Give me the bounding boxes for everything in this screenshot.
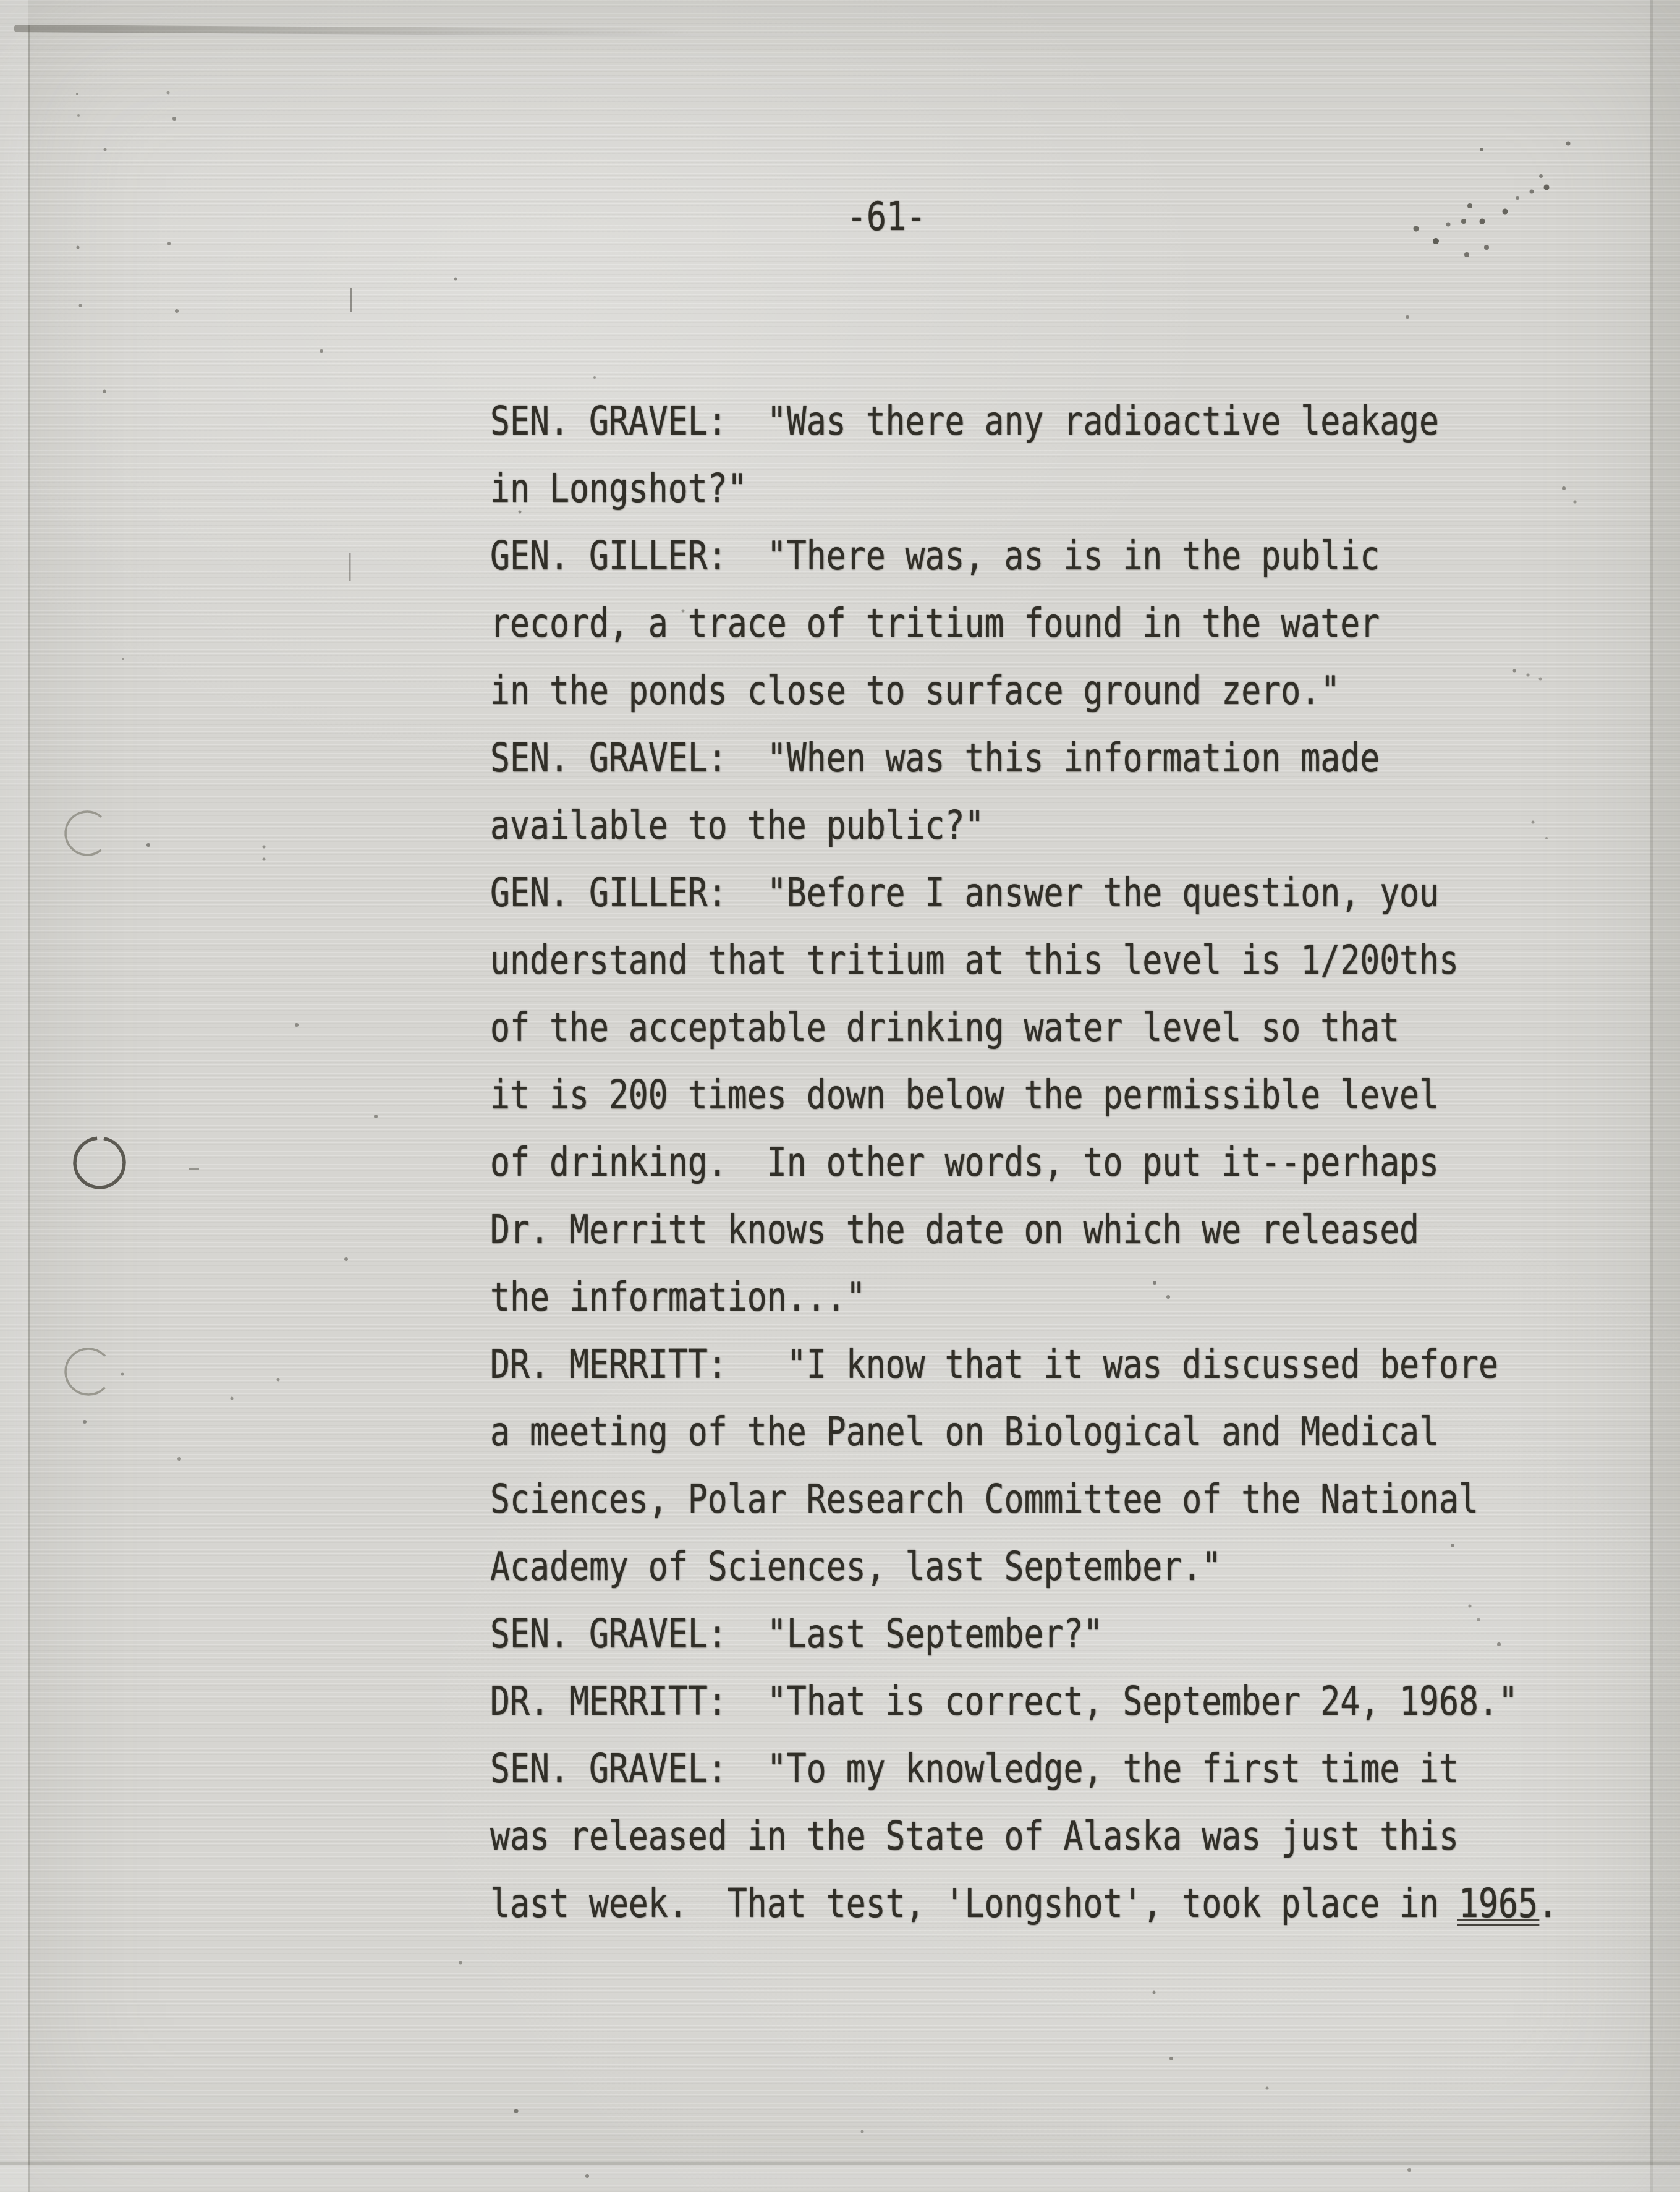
hole-mark-circle-2 bbox=[71, 1134, 129, 1192]
transcript-line-6: SEN. GRAVEL: "When was this information … bbox=[490, 739, 1562, 778]
paper-right-edge-band bbox=[1653, 0, 1680, 2192]
paper-left-crease-line bbox=[28, 25, 30, 2192]
transcript-line-21: SEN. GRAVEL: "To my knowledge, the first… bbox=[490, 1749, 1657, 1789]
transcript-line-8: GEN. GILLER: "Before I answer the questi… bbox=[490, 873, 1634, 913]
transcript-line-23: last week. That test, 'Longshot', took p… bbox=[490, 1884, 1680, 1924]
transcript-line-5: in the ponds close to surface ground zer… bbox=[490, 671, 1514, 711]
page-number: -61- bbox=[847, 197, 942, 237]
transcript-line-20: DR. MERRITT: "That is correct, September… bbox=[490, 1682, 1680, 1722]
paper-left-margin-band bbox=[0, 0, 28, 2192]
transcript-line-18: Academy of Sciences, last September." bbox=[490, 1547, 1372, 1587]
scan-shadow-streak bbox=[14, 25, 731, 36]
final-line-suffix: . bbox=[1538, 1881, 1558, 1927]
transcript-line-16: a meeting of the Panel on Biological and… bbox=[490, 1412, 1634, 1452]
paper-bottom-edge-band bbox=[0, 2165, 1680, 2192]
hole-mark-circle-1 bbox=[57, 803, 118, 864]
final-line-prefix: last week. That test, 'Longshot', took p… bbox=[490, 1881, 1459, 1927]
transcript-line-19: SEN. GRAVEL: "Last September?" bbox=[490, 1615, 1228, 1654]
transcript-line-1: SEN. GRAVEL: "Was there any radioactive … bbox=[490, 402, 1634, 441]
transcript-line-13: Dr. Merritt knows the date on which we r… bbox=[490, 1210, 1610, 1250]
transcript-line-15: DR. MERRITT: "I know that it was discuss… bbox=[490, 1345, 1680, 1385]
transcript-line-17: Sciences, Polar Research Committee of th… bbox=[490, 1480, 1680, 1519]
transcript-line-4: record, a trace of tritium found in the … bbox=[490, 604, 1562, 644]
transcript-line-11: it is 200 times down below the permissib… bbox=[490, 1076, 1634, 1115]
hole-mark-circle-3 bbox=[56, 1340, 121, 1404]
transcript-line-14: the information..." bbox=[490, 1278, 943, 1317]
transcript-line-9: understand that tritium at this level is… bbox=[490, 941, 1657, 980]
transcript-line-22: was released in the State of Alaska was … bbox=[490, 1817, 1657, 1856]
transcript-line-3: GEN. GILLER: "There was, as is in the pu… bbox=[490, 537, 1562, 576]
transcript-line-10: of the acceptable drinking water level s… bbox=[490, 1008, 1585, 1048]
underlined-year: 1965 bbox=[1459, 1884, 1538, 1924]
transcript-line-2: in Longshot?" bbox=[490, 469, 800, 509]
transcript-line-12: of drinking. In other words, to put it--… bbox=[490, 1143, 1634, 1183]
transcript-line-7: available to the public?" bbox=[490, 806, 1085, 846]
scanned-document-page: -61- SEN. GRAVEL: "Was there any radioac… bbox=[0, 0, 1680, 2192]
